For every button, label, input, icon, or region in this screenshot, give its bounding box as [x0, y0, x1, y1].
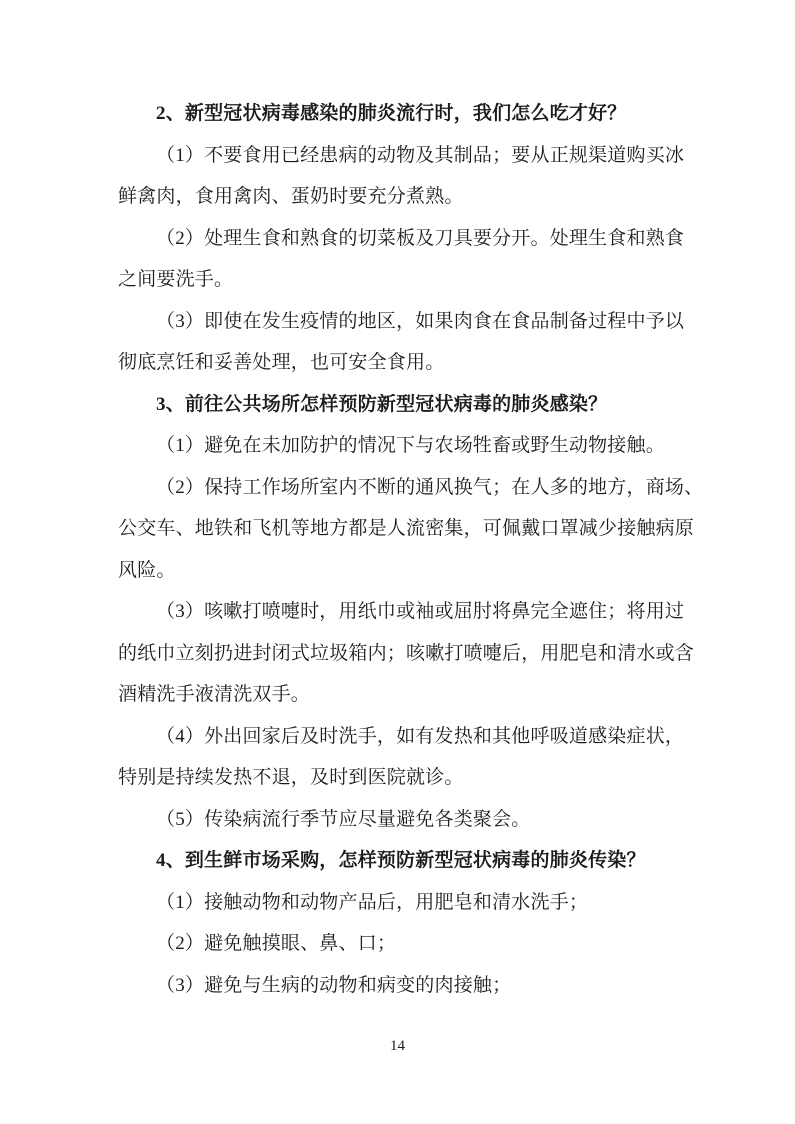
paragraph-line: 风险。: [118, 550, 683, 592]
paragraph-line: （4）外出回家后及时洗手，如有发热和其他呼吸道感染症状，: [118, 716, 683, 758]
paragraph-line: （1）接触动物和动物产品后，用肥皂和清水洗手；: [118, 882, 683, 924]
paragraph-line: （3）即使在发生疫情的地区，如果肉食在食品制备过程中予以: [118, 301, 683, 343]
paragraph-line: （2）避免触摸眼、鼻、口；: [118, 923, 683, 965]
paragraph-line: （3）避免与生病的动物和病变的肉接触；: [118, 965, 683, 1007]
paragraph-line: （1）避免在未加防护的情况下与农场牲畜或野生动物接触。: [118, 425, 683, 467]
section-heading: 4、到生鲜市场采购，怎样预防新型冠状病毒的肺炎传染？: [118, 840, 683, 882]
paragraph-line: 鲜禽肉，食用禽肉、蛋奶时要充分煮熟。: [118, 176, 683, 218]
paragraph-line: （5）传染病流行季节应尽量避免各类聚会。: [118, 799, 683, 841]
page-footer: 14: [0, 1036, 795, 1056]
paragraph-line: 彻底烹饪和妥善处理，也可安全食用。: [118, 342, 683, 384]
paragraph-line: 的纸巾立刻扔进封闭式垃圾箱内；咳嗽打喷嚏后，用肥皂和清水或含: [118, 633, 683, 675]
paragraph-line: （2）保持工作场所室内不断的通风换气；在人多的地方，商场、: [118, 467, 683, 509]
paragraph-line: 特别是持续发热不退，及时到医院就诊。: [118, 757, 683, 799]
document-body: 2、新型冠状病毒感染的肺炎流行时，我们怎么吃才好？ （1）不要食用已经患病的动物…: [118, 93, 683, 1006]
paragraph-line: （1）不要食用已经患病的动物及其制品；要从正规渠道购买冰: [118, 135, 683, 177]
paragraph-line: 之间要洗手。: [118, 259, 683, 301]
page-number: 14: [390, 1038, 405, 1054]
paragraph-line: 公交车、地铁和飞机等地方都是人流密集，可佩戴口罩减少接触病原: [118, 508, 683, 550]
section-heading: 2、新型冠状病毒感染的肺炎流行时，我们怎么吃才好？: [118, 93, 683, 135]
section-heading: 3、前往公共场所怎样预防新型冠状病毒的肺炎感染？: [118, 384, 683, 426]
paragraph-line: （2）处理生食和熟食的切菜板及刀具要分开。处理生食和熟食: [118, 218, 683, 260]
paragraph-line: （3）咳嗽打喷嚏时，用纸巾或袖或屈肘将鼻完全遮住；将用过: [118, 591, 683, 633]
document-page: 2、新型冠状病毒感染的肺炎流行时，我们怎么吃才好？ （1）不要食用已经患病的动物…: [0, 0, 795, 1124]
paragraph-line: 酒精洗手液清洗双手。: [118, 674, 683, 716]
